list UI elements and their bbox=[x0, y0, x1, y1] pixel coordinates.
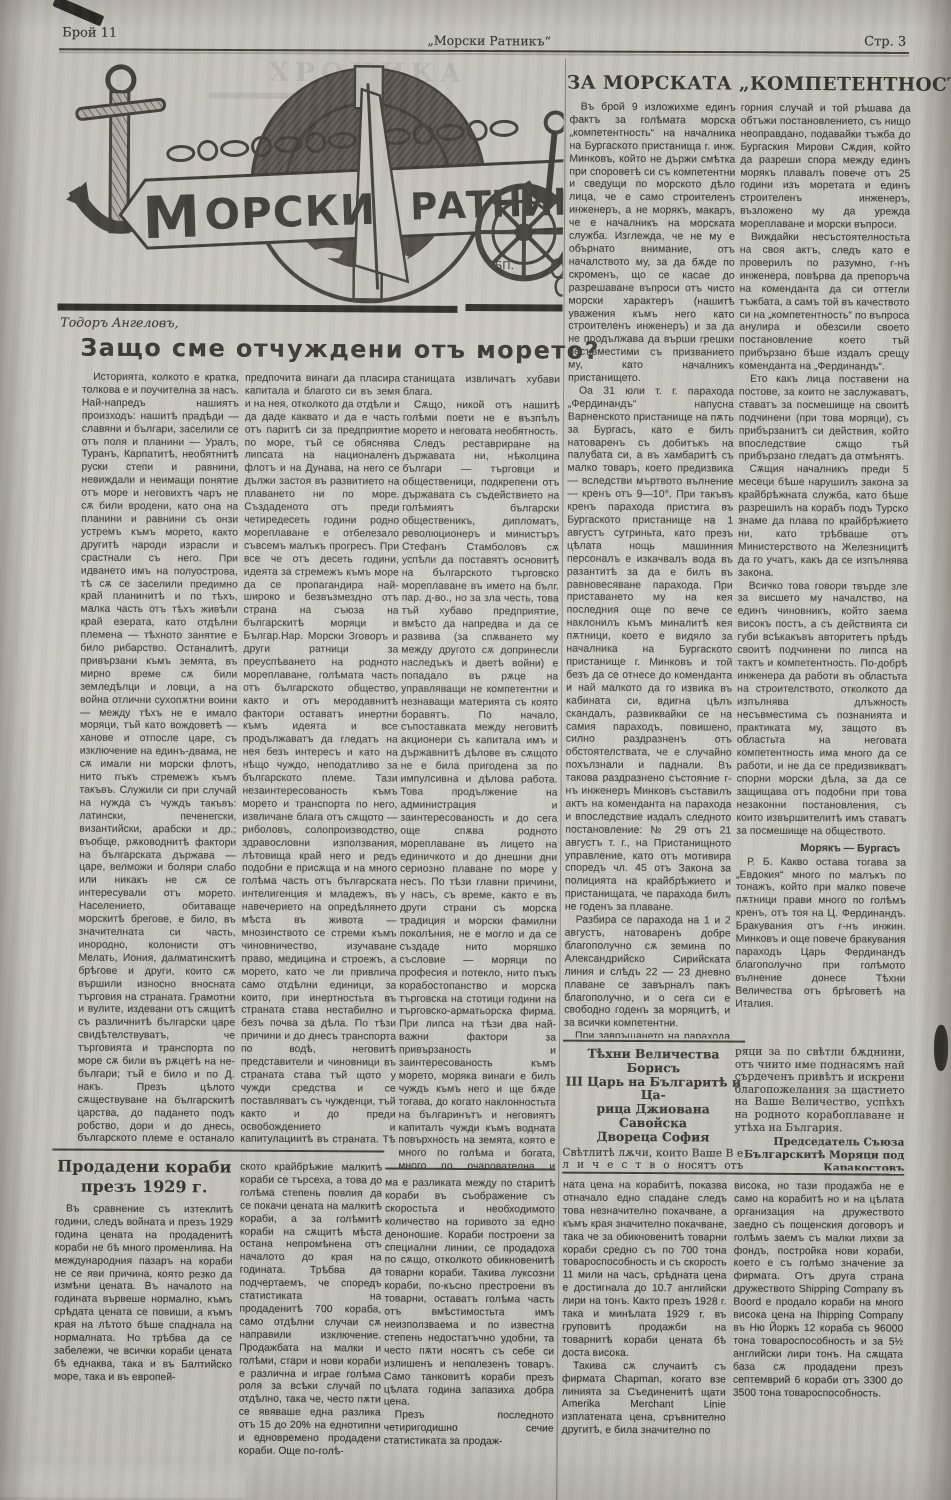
torn-edge bbox=[0, 1459, 245, 1499]
paragraph: Следъ реставриране на държавата ни, нѣко… bbox=[398, 438, 559, 1170]
masthead-word-rest: ОРСКИ bbox=[204, 185, 377, 240]
page-number: Стр. 3 bbox=[864, 34, 906, 49]
masthead-bar-right bbox=[465, 304, 562, 312]
paragraph: Сѫщо, никой отъ нашитѣ голѣми поети не е… bbox=[403, 399, 560, 439]
newspaper-page: Брой 11 „Морски Ратникъ“ Стр. 3 bbox=[0, 0, 951, 1500]
telegram-signature: Председатель Съюза Българскитѣ Моряци по… bbox=[734, 1134, 904, 1171]
right-article-title: ЗА МОРСКАТА „КОМПЕТЕНТНОСТЬ“ bbox=[567, 73, 911, 96]
scan-corner-mark bbox=[52, 0, 104, 26]
telegram-bottom-rule bbox=[562, 1172, 904, 1176]
paragraph: Ето какъ лица поставени на постове, за к… bbox=[739, 374, 910, 465]
ships-rule-left bbox=[52, 1148, 384, 1152]
paragraph: Р. Б. Какво остава тогава за „Евдокия“ м… bbox=[735, 856, 906, 1012]
ships-article-col5: висока, но тази продажба не е само на ко… bbox=[732, 1181, 904, 1500]
ships-article-title: Продадени кораби презъ 1929 г. bbox=[55, 1156, 233, 1197]
ships-article-col1: Продадени кораби презъ 1929 г. Въ сравне… bbox=[53, 1156, 233, 1498]
paragraph: III Царь на Българитѣ и Ца- bbox=[563, 1074, 744, 1103]
paragraph: рица Джиована Савойска bbox=[563, 1102, 744, 1131]
scan-edge-blot bbox=[934, 1025, 948, 1071]
masthead-art: ХРОНИКА bbox=[58, 53, 565, 304]
paragraph: Въ брой 9 изложихме единъ фактъ за голѣм… bbox=[568, 102, 736, 387]
article-signoff: Морякъ — Бургасъ bbox=[736, 838, 906, 857]
running-title: „Морски Ратникъ“ bbox=[404, 33, 574, 49]
paragraph: Виждайки несъстоятелностьта на своя актъ… bbox=[739, 232, 910, 375]
right-article-colB-postscript: Р. Б. Какво остава тогава за „Евдокия“ м… bbox=[735, 856, 906, 1012]
paragraph: Оа 31 юли т. г. парахода „Фердинандъ“ на… bbox=[565, 386, 734, 916]
paragraph: При завръщането на парахода предпоследни… bbox=[564, 1031, 730, 1039]
paragraph: Всичко това говори твърде зле за висшето… bbox=[736, 580, 908, 839]
telegram-body-right: ряци за по свѣтли бѫднини, отъ чиито име… bbox=[734, 1046, 905, 1135]
main-article-col3: станищата извличатъ хубави блага.Сѫщо, н… bbox=[398, 374, 560, 1171]
paragraph: Въ сравнение съ изтеклитѣ години, следъ … bbox=[54, 1203, 233, 1385]
paragraph: Разбира се парахода на 1 и 2 августъ, на… bbox=[564, 915, 731, 1032]
telegram-body-left: Свѣтлитѣ лѫчи, които Ваше В е л и ч е с … bbox=[562, 1146, 743, 1170]
ships-rule-mid bbox=[385, 1167, 555, 1170]
paragraph: Сѫщия началникъ преди 5 месеци бѣше нару… bbox=[738, 464, 909, 581]
paragraph: предпочита винаги да пласира капитала и … bbox=[240, 373, 400, 1146]
ships-article-col1-text: Въ сравнение съ изтеклитѣ години, следъ … bbox=[54, 1203, 233, 1385]
telegram-block-left: Тѣхни Величества БорисъIII Царь на Бълга… bbox=[562, 1047, 744, 1170]
telegram-block-right: ряци за по свѣтли бѫднини, отъ чиито име… bbox=[734, 1046, 905, 1171]
right-article-colA: Въ брой 9 изложихме единъ фактъ за голѣм… bbox=[564, 102, 736, 1039]
telegram-top-rule bbox=[563, 1040, 745, 1043]
right-article-colB: горния случай и той рѣшава да обтъжи пос… bbox=[735, 103, 911, 1040]
byline: Тодоръ Ангеловъ, bbox=[60, 314, 178, 330]
issue-number: Брой 11 bbox=[62, 25, 117, 40]
artist-mark: БП. bbox=[495, 259, 514, 272]
masthead-illustration: ХРОНИКА bbox=[58, 53, 565, 304]
paragraph: Тѣхни Величества Борисъ bbox=[563, 1047, 744, 1076]
telegram-heading: Тѣхни Величества БорисъIII Царь на Бълга… bbox=[562, 1047, 744, 1145]
main-article-col1: Историята, колкото е кратка, толкова е и… bbox=[77, 372, 239, 1145]
paragraph: станищата извличатъ хубави блага. bbox=[403, 374, 560, 401]
masthead-initial: М bbox=[141, 182, 201, 252]
paragraph: Двореца София bbox=[562, 1129, 743, 1144]
masthead-bar-left bbox=[57, 303, 457, 312]
ships-article-col4: ната цена на корабитѣ, показва отначало … bbox=[561, 1180, 727, 1500]
paragraph: ната цена на корабитѣ, показва отначало … bbox=[562, 1180, 727, 1362]
paragraph: Такива сѫ случаитѣ съ фирмата Chapman, к… bbox=[562, 1360, 726, 1438]
main-article-title: Защо сме отчуждени отъ морето? bbox=[80, 334, 562, 365]
paragraph: ма е разликата между по старитѣ кораби в… bbox=[384, 1177, 555, 1410]
paragraph: ското крайбрѣжие малкитѣ кораби се търсе… bbox=[238, 1162, 382, 1460]
ships-article-col3: ма е разликата между по старитѣ кораби в… bbox=[383, 1177, 555, 1500]
right-article-colB-text: горния случай и той рѣшава да обтъжи пос… bbox=[736, 103, 910, 840]
paragraph: Презъ последното четиригодишно сечие ста… bbox=[384, 1410, 554, 1450]
main-article-col2: предпочита винаги да пласира капитала и … bbox=[240, 373, 400, 1146]
ships-article-col2: ското крайбрѣжие малкитѣ кораби се търсе… bbox=[238, 1162, 382, 1500]
paragraph: Историята, колкото е кратка, толкова е и… bbox=[77, 372, 239, 1145]
header-rule bbox=[59, 48, 909, 54]
paragraph: горния случай и той рѣшава да обтъжи пос… bbox=[740, 103, 911, 233]
paragraph: висока, но тази продажба не е само на ко… bbox=[733, 1181, 904, 1401]
